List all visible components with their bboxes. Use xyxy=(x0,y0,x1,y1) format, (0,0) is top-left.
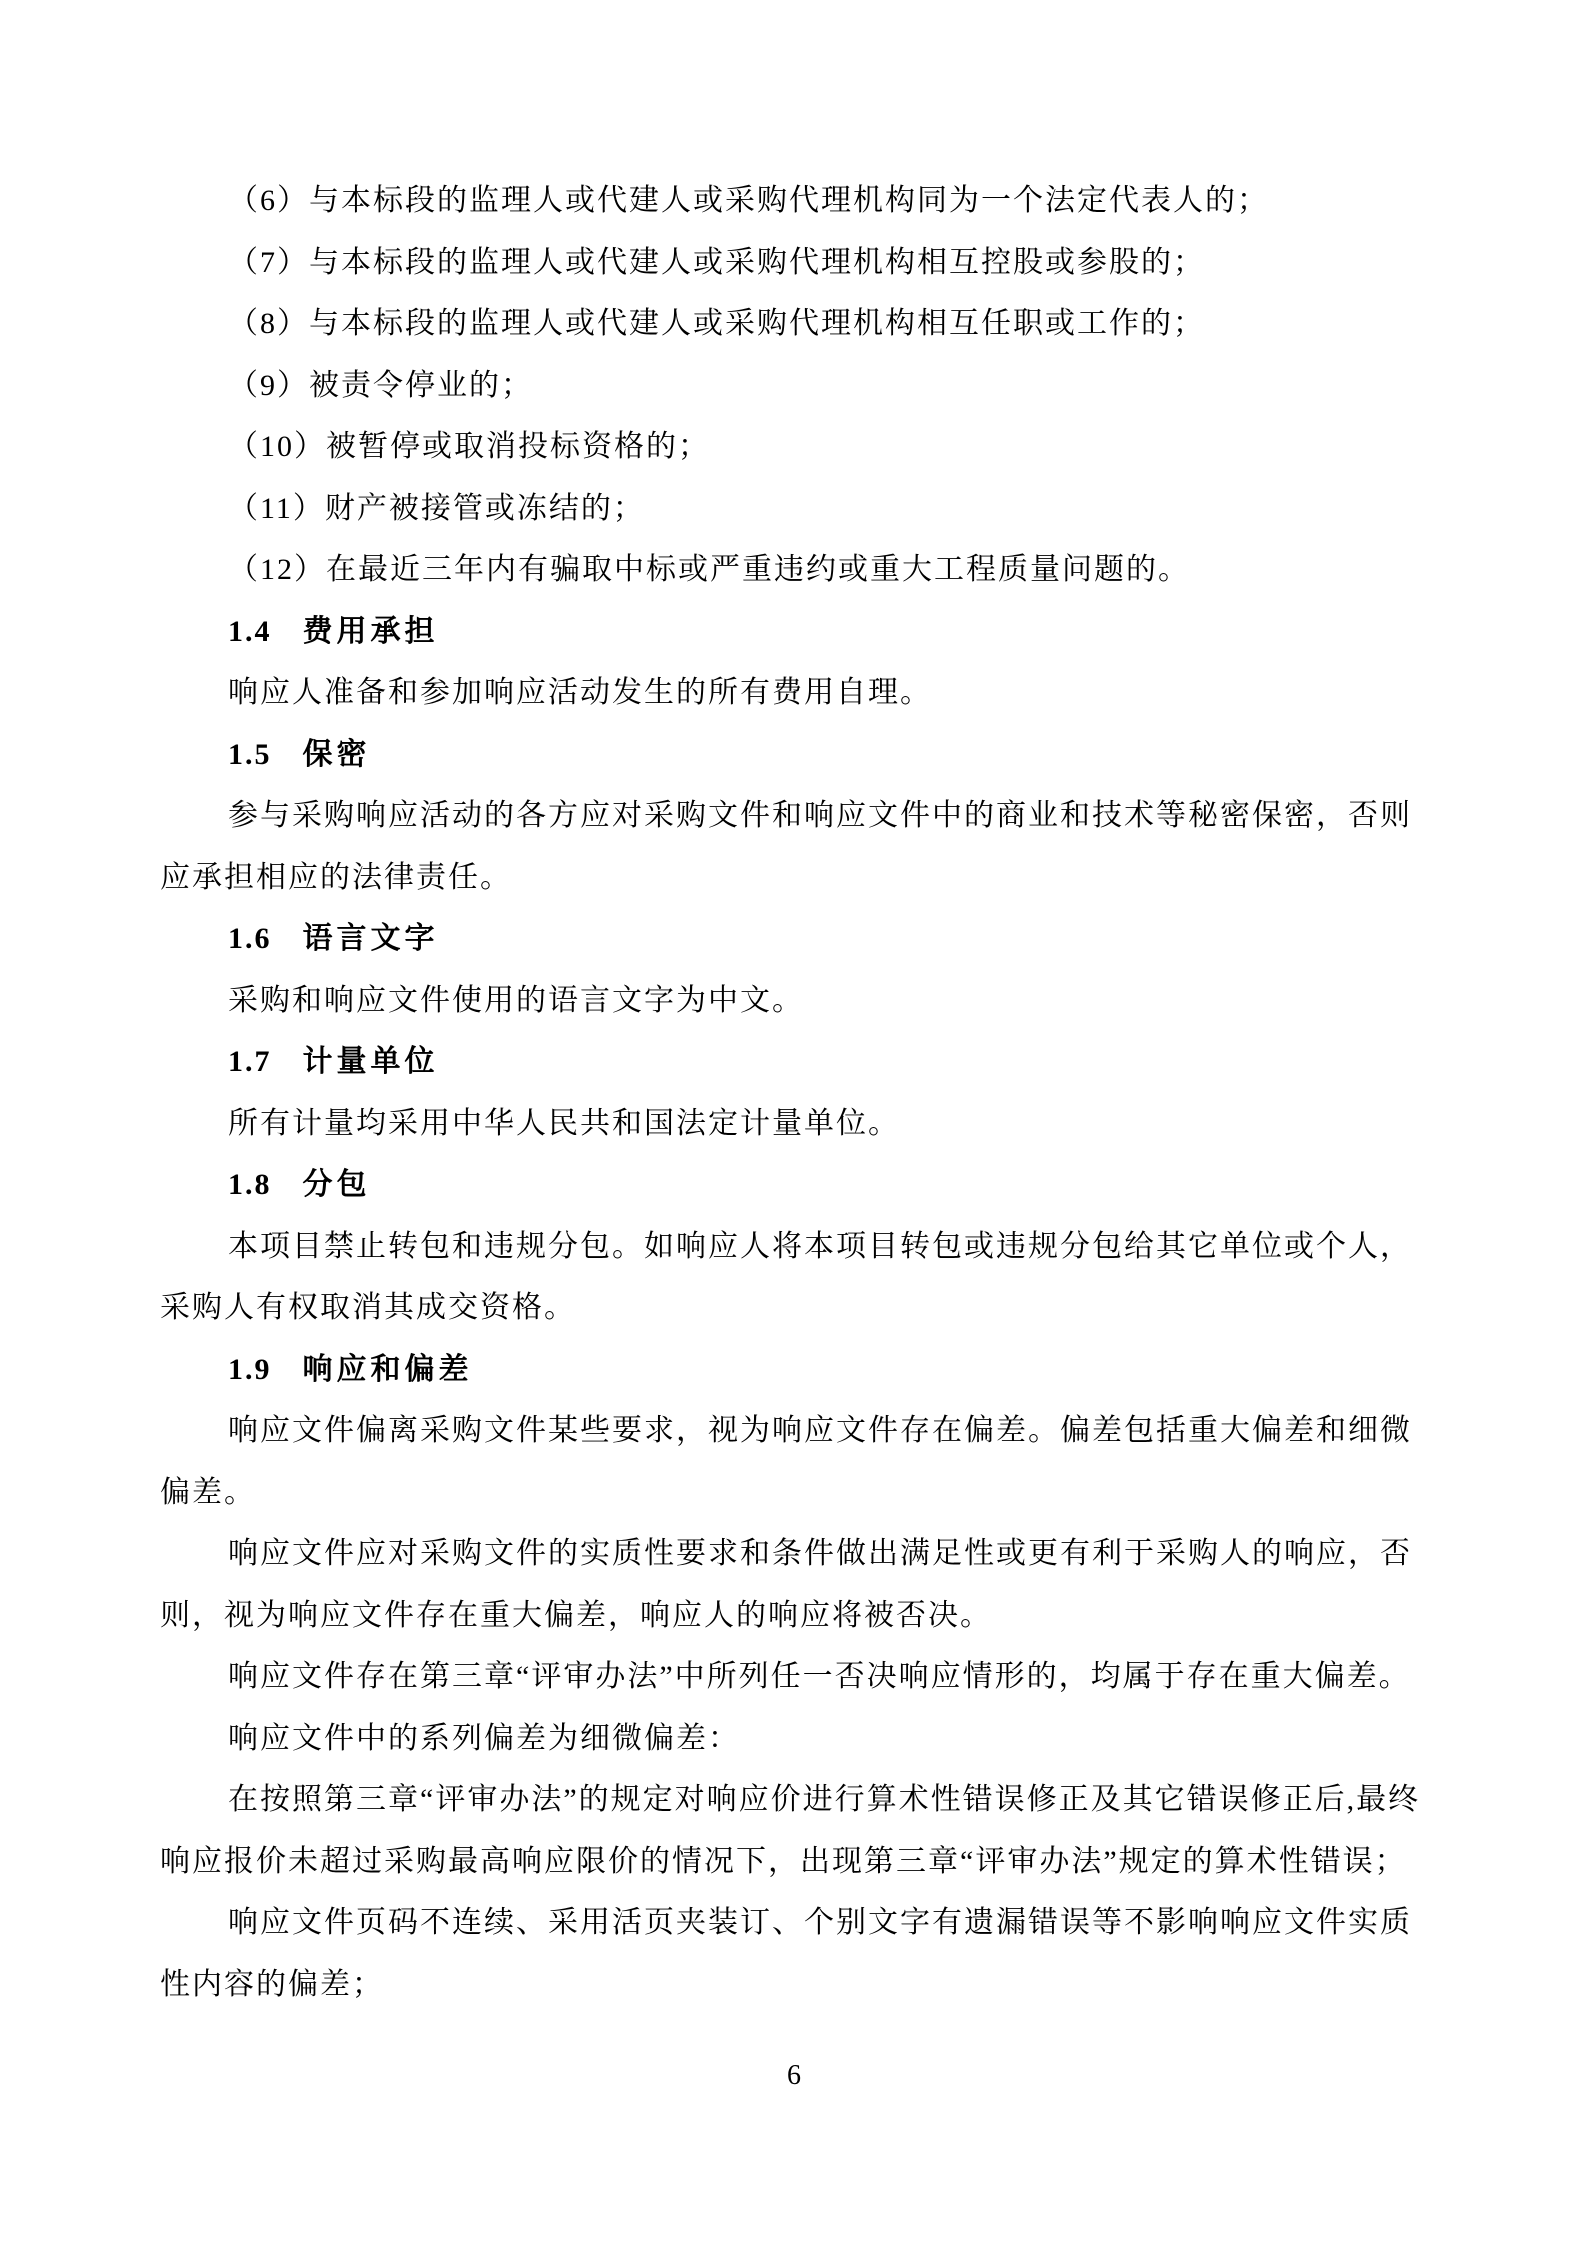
para-1-9-line-9: 响应文件页码不连续、采用活页夹装订、个别文字有遗漏错误等不影响响应文件实质 xyxy=(160,1892,1428,1954)
para-1-5-line-1: 参与采购响应活动的各方应对采购文件和响应文件中的商业和技术等秘密保密，否则 xyxy=(160,785,1428,847)
heading-1-5-number: 1.5 xyxy=(228,724,272,786)
para-1-9-line-10: 性内容的偏差； xyxy=(160,1954,1428,2016)
para-1-9-line-6: 响应文件中的系列偏差为细微偏差： xyxy=(160,1708,1428,1770)
para-1-5-line-2: 应承担相应的法律责任。 xyxy=(160,847,1428,909)
page-number: 6 xyxy=(0,2056,1588,2096)
para-1-6-line-1: 采购和响应文件使用的语言文字为中文。 xyxy=(160,970,1428,1032)
heading-1-9-title: 响应和偏差 xyxy=(303,1353,473,1386)
heading-1-8-number: 1.8 xyxy=(228,1154,272,1216)
para-1-9-line-3: 响应文件应对采购文件的实质性要求和条件做出满足性或更有利于采购人的响应，否 xyxy=(160,1523,1428,1585)
heading-1-4-title: 费用承担 xyxy=(303,615,439,648)
para-1-7-line-1: 所有计量均采用中华人民共和国法定计量单位。 xyxy=(160,1093,1428,1155)
heading-1-6-title: 语言文字 xyxy=(303,922,439,955)
para-1-8-line-1: 本项目禁止转包和违规分包。如响应人将本项目转包或违规分包给其它单位或个人， xyxy=(160,1216,1428,1278)
list-item-8: （8）与本标段的监理人或代建人或采购代理机构相互任职或工作的； xyxy=(160,293,1428,355)
para-1-9-line-4: 则，视为响应文件存在重大偏差，响应人的响应将被否决。 xyxy=(160,1585,1428,1647)
para-1-8-line-2: 采购人有权取消其成交资格。 xyxy=(160,1277,1428,1339)
para-1-4-line-1: 响应人准备和参加响应活动发生的所有费用自理。 xyxy=(160,662,1428,724)
list-item-12: （12）在最近三年内有骗取中标或严重违约或重大工程质量问题的。 xyxy=(160,539,1428,601)
heading-1-9: 1.9响应和偏差 xyxy=(160,1339,1428,1401)
list-item-11: （11）财产被接管或冻结的； xyxy=(160,478,1428,540)
heading-1-7: 1.7计量单位 xyxy=(160,1031,1428,1093)
heading-1-4-number: 1.4 xyxy=(228,601,272,663)
heading-1-9-number: 1.9 xyxy=(228,1339,272,1401)
heading-1-8-title: 分包 xyxy=(303,1168,371,1201)
para-1-9-line-8: 响应报价未超过采购最高响应限价的情况下，出现第三章“评审办法”规定的算术性错误； xyxy=(160,1831,1428,1893)
heading-1-6: 1.6语言文字 xyxy=(160,908,1428,970)
list-item-7: （7）与本标段的监理人或代建人或采购代理机构相互控股或参股的； xyxy=(160,232,1428,294)
heading-1-6-number: 1.6 xyxy=(228,908,272,970)
heading-1-8: 1.8分包 xyxy=(160,1154,1428,1216)
list-item-9: （9）被责令停业的； xyxy=(160,355,1428,417)
heading-1-7-title: 计量单位 xyxy=(303,1045,439,1078)
list-item-10: （10）被暂停或取消投标资格的； xyxy=(160,416,1428,478)
heading-1-7-number: 1.7 xyxy=(228,1031,272,1093)
para-1-9-line-1: 响应文件偏离采购文件某些要求，视为响应文件存在偏差。偏差包括重大偏差和细微 xyxy=(160,1400,1428,1462)
para-1-9-line-7: 在按照第三章“评审办法”的规定对响应价进行算术性错误修正及其它错误修正后,最终 xyxy=(160,1769,1428,1831)
list-item-6: （6）与本标段的监理人或代建人或采购代理机构同为一个法定代表人的； xyxy=(160,170,1428,232)
document-page: （6）与本标段的监理人或代建人或采购代理机构同为一个法定代表人的；（7）与本标段… xyxy=(0,0,1588,2246)
heading-1-4: 1.4费用承担 xyxy=(160,601,1428,663)
para-1-9-line-5: 响应文件存在第三章“评审办法”中所列任一否决响应情形的，均属于存在重大偏差。 xyxy=(160,1646,1428,1708)
heading-1-5: 1.5保密 xyxy=(160,724,1428,786)
heading-1-5-title: 保密 xyxy=(303,738,371,771)
document-body: （6）与本标段的监理人或代建人或采购代理机构同为一个法定代表人的；（7）与本标段… xyxy=(160,170,1428,2015)
para-1-9-line-2: 偏差。 xyxy=(160,1462,1428,1524)
